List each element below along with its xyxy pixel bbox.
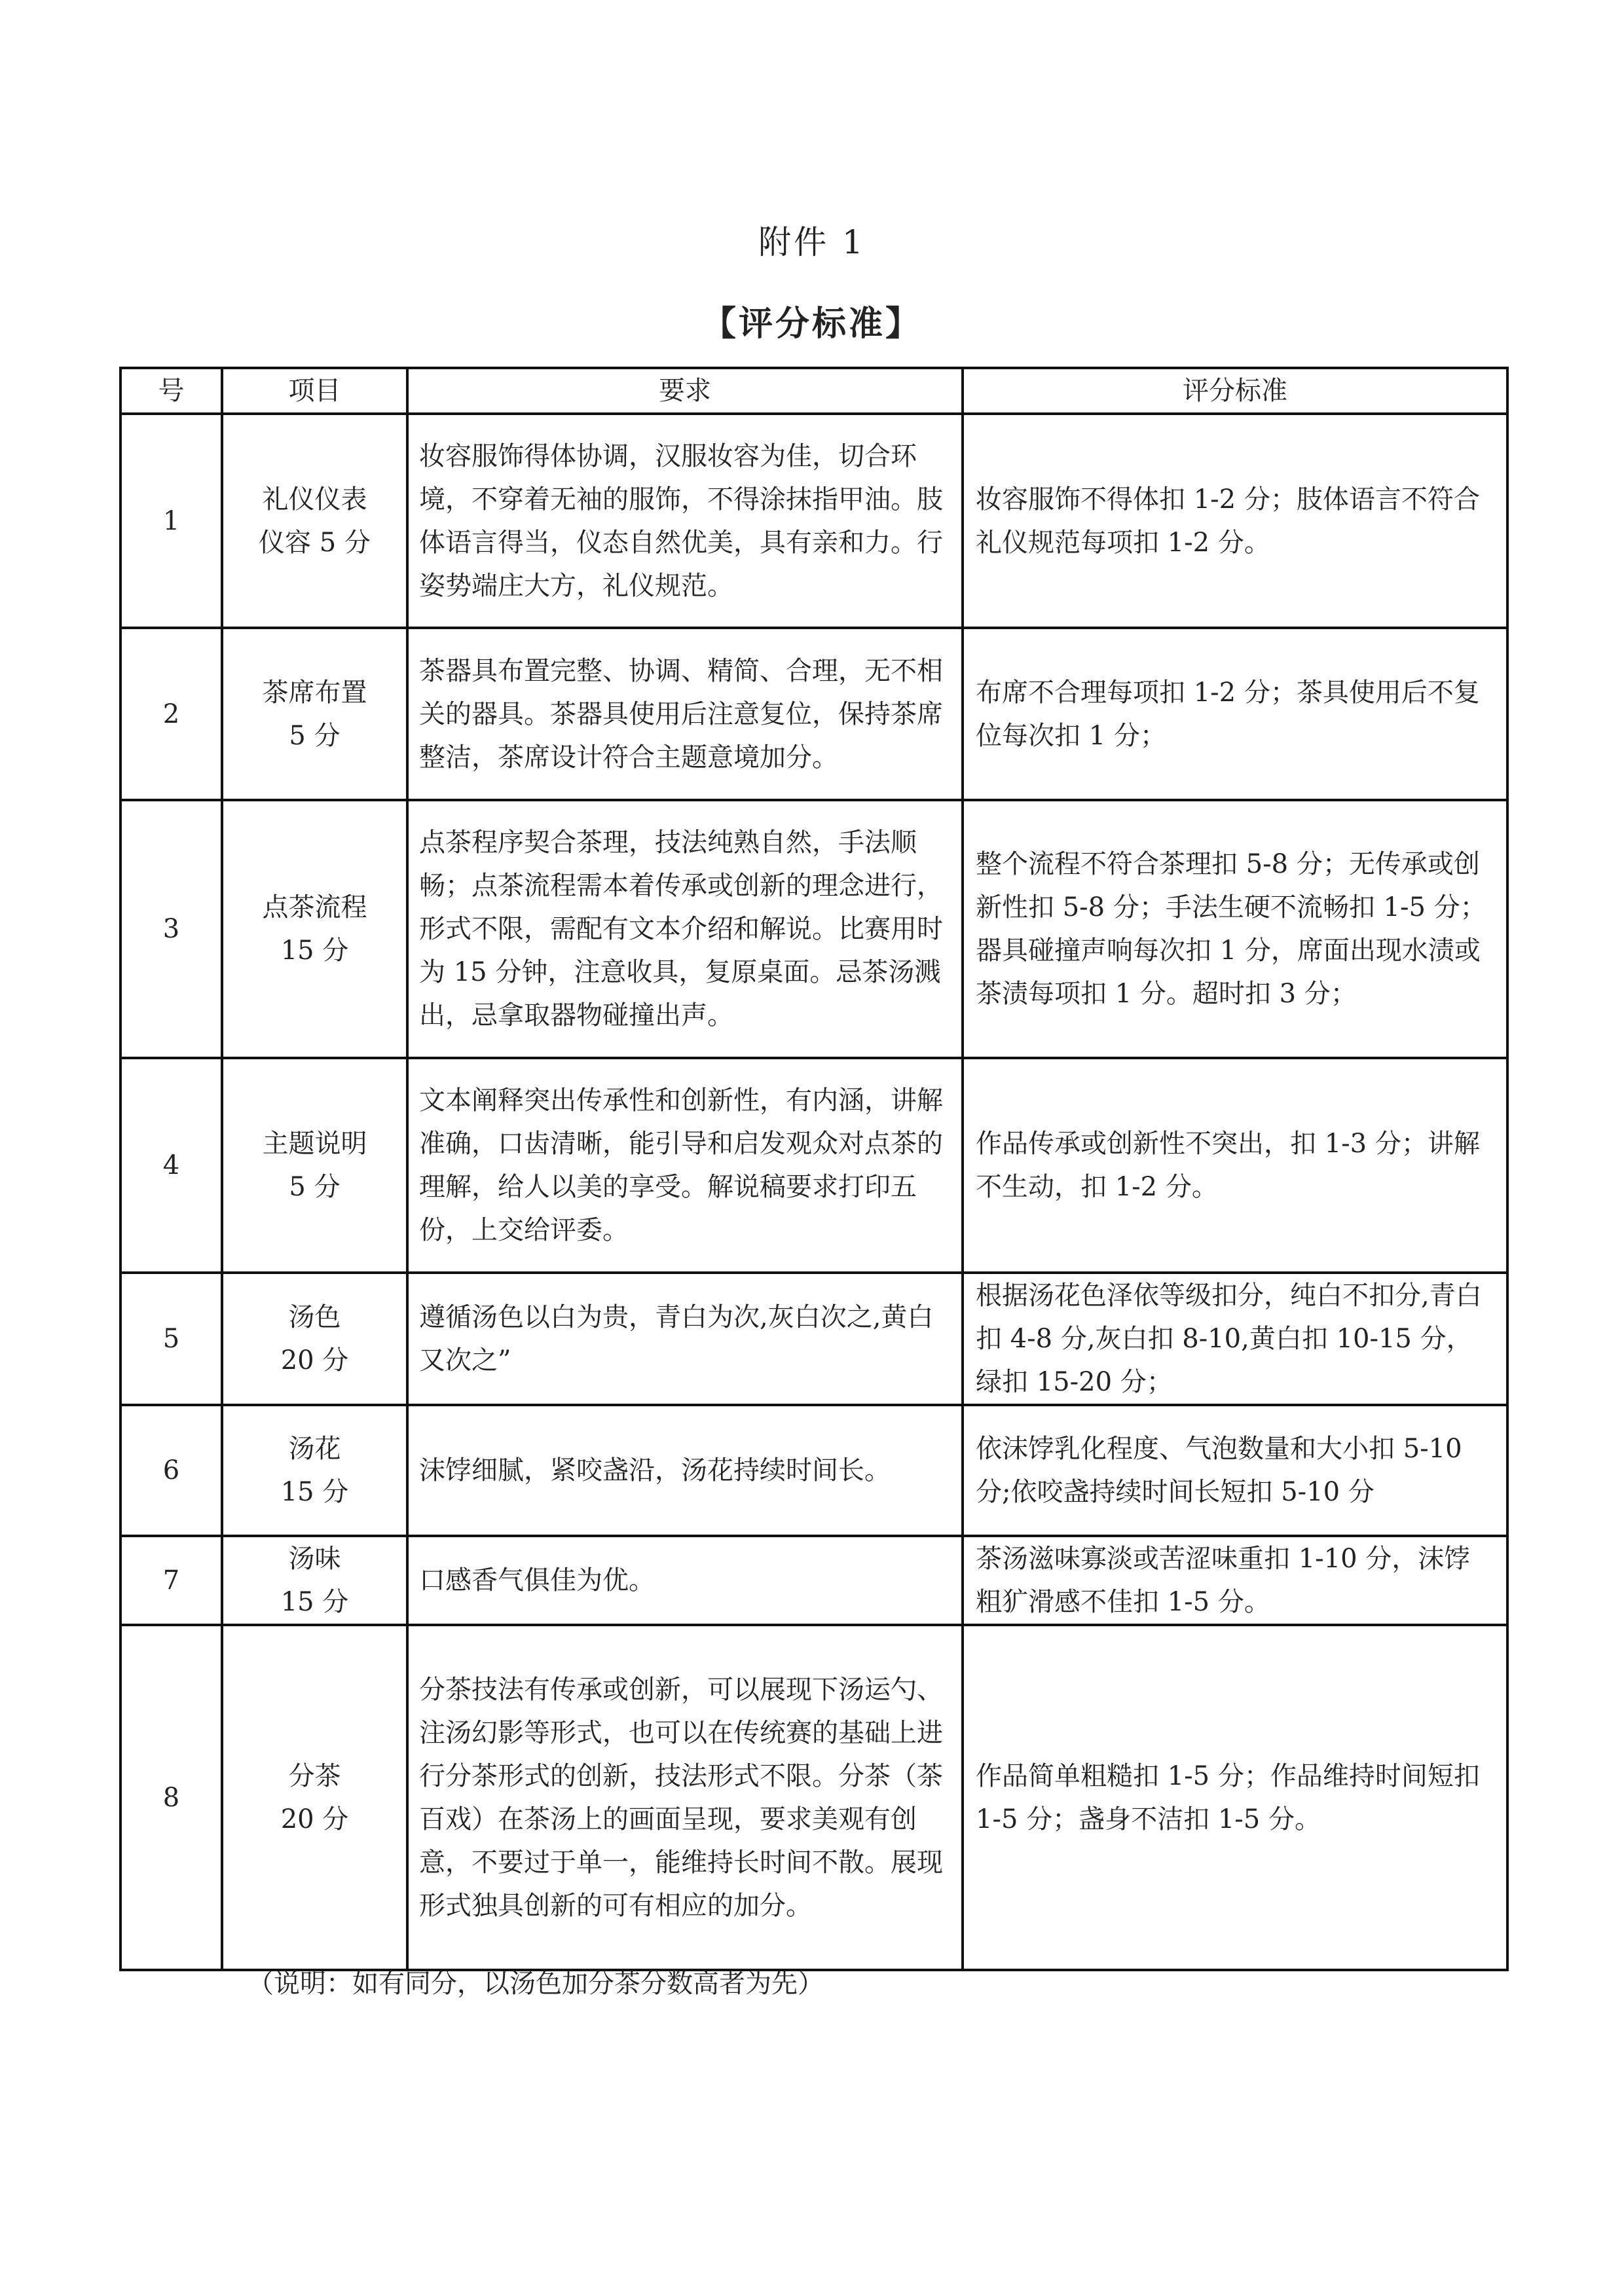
table-row: 4 主题说明5 分 文本阐释突出传承性和创新性，有内涵，讲解准确，口齿清晰，能引… [120,1058,1507,1273]
row-standard: 根据汤花色泽依等级扣分，纯白不扣分,青白扣 4-8 分,灰白扣 8-10,黄白扣… [963,1273,1507,1405]
row-standard: 依沫饽乳化程度、气泡数量和大小扣 5-10 分;依咬盏持续时间长短扣 5-10 … [963,1405,1507,1536]
item-score: 15 分 [223,1470,406,1514]
row-number: 8 [120,1625,222,1970]
item-score: 仪容 5 分 [223,521,406,564]
table-row: 1 礼仪仪表仪容 5 分 妆容服饰得体协调，汉服妆容为佳，切合环境，不穿着无袖的… [120,414,1507,628]
row-number: 6 [120,1405,222,1536]
row-number: 2 [120,628,222,800]
item-name: 汤花 [223,1427,406,1470]
row-item: 点茶流程15 分 [222,800,407,1058]
row-number: 5 [120,1273,222,1405]
row-number: 1 [120,414,222,628]
table-row: 6 汤花15 分 沫饽细腻，紧咬盏沿，汤花持续时间长。 依沫饽乳化程度、气泡数量… [120,1405,1507,1536]
table-row: 2 茶席布置5 分 茶器具布置完整、协调、精简、合理，无不相关的器具。茶器具使用… [120,628,1507,800]
header-item: 项目 [222,368,407,414]
scoring-criteria-table: 号 项目 要求 评分标准 1 礼仪仪表仪容 5 分 妆容服饰得体协调，汉服妆容为… [119,367,1509,1971]
table-header-row: 号 项目 要求 评分标准 [120,368,1507,414]
row-requirement: 分茶技法有传承或创新，可以展现下汤运勺、注汤幻影等形式，也可以在传统赛的基础上进… [407,1625,963,1970]
row-requirement: 口感香气俱佳为优。 [407,1536,963,1625]
row-requirement: 点茶程序契合茶理，技法纯熟自然，手法顺畅；点茶流程需本着传承或创新的理念进行，形… [407,800,963,1058]
item-name: 茶席布置 [223,671,406,714]
row-standard: 茶汤滋味寡淡或苦涩味重扣 1-10 分，沫饽粗犷滑感不佳扣 1-5 分。 [963,1536,1507,1625]
row-item: 茶席布置5 分 [222,628,407,800]
tie-break-note: （说明：如有同分，以汤色加分茶分数高者为先） [248,1961,824,2007]
header-requirement: 要求 [407,368,963,414]
header-standard: 评分标准 [963,368,1507,414]
item-score: 15 分 [223,1580,406,1624]
row-number: 3 [120,800,222,1058]
row-requirement: 遵循汤色以白为贵，青白为次,灰白次之,黄白又次之” [407,1273,963,1405]
item-name: 点茶流程 [223,886,406,929]
row-requirement: 妆容服饰得体协调，汉服妆容为佳，切合环境，不穿着无袖的服饰，不得涂抹指甲油。肢体… [407,414,963,628]
row-requirement: 茶器具布置完整、协调、精简、合理，无不相关的器具。茶器具使用后注意复位，保持茶席… [407,628,963,800]
item-score: 15 分 [223,929,406,972]
item-name: 汤色 [223,1296,406,1339]
row-requirement: 文本阐释突出传承性和创新性，有内涵，讲解准确，口齿清晰，能引导和启发观众对点茶的… [407,1058,963,1273]
row-standard: 作品简单粗糙扣 1-5 分；作品维持时间短扣 1-5 分；盏身不洁扣 1-5 分… [963,1625,1507,1970]
row-standard: 整个流程不符合茶理扣 5-8 分；无传承或创新性扣 5-8 分；手法生硬不流畅扣… [963,800,1507,1058]
header-number: 号 [120,368,222,414]
item-name: 分茶 [223,1755,406,1798]
row-number: 4 [120,1058,222,1273]
item-name: 礼仪仪表 [223,478,406,521]
row-item: 礼仪仪表仪容 5 分 [222,414,407,628]
attachment-title: 附件 1 [0,216,1624,263]
item-score: 20 分 [223,1339,406,1382]
row-item: 主题说明5 分 [222,1058,407,1273]
row-requirement: 沫饽细腻，紧咬盏沿，汤花持续时间长。 [407,1405,963,1536]
item-score: 5 分 [223,1165,406,1209]
row-number: 7 [120,1536,222,1625]
table-row: 8 分茶20 分 分茶技法有传承或创新，可以展现下汤运勺、注汤幻影等形式，也可以… [120,1625,1507,1970]
table-row: 5 汤色20 分 遵循汤色以白为贵，青白为次,灰白次之,黄白又次之” 根据汤花色… [120,1273,1507,1405]
item-score: 5 分 [223,714,406,757]
table-row: 7 汤味15 分 口感香气俱佳为优。 茶汤滋味寡淡或苦涩味重扣 1-10 分，沫… [120,1536,1507,1625]
row-standard: 妆容服饰不得体扣 1-2 分；肢体语言不符合礼仪规范每项扣 1-2 分。 [963,414,1507,628]
row-item: 分茶20 分 [222,1625,407,1970]
row-standard: 作品传承或创新性不突出，扣 1-3 分；讲解不生动，扣 1-2 分。 [963,1058,1507,1273]
row-item: 汤色20 分 [222,1273,407,1405]
item-name: 汤味 [223,1537,406,1580]
table-row: 3 点茶流程15 分 点茶程序契合茶理，技法纯熟自然，手法顺畅；点茶流程需本着传… [120,800,1507,1058]
row-item: 汤味15 分 [222,1536,407,1625]
item-name: 主题说明 [223,1122,406,1165]
item-score: 20 分 [223,1798,406,1841]
section-title: 【评分标准】 [0,296,1624,345]
row-item: 汤花15 分 [222,1405,407,1536]
row-standard: 布席不合理每项扣 1-2 分；茶具使用后不复位每次扣 1 分； [963,628,1507,800]
